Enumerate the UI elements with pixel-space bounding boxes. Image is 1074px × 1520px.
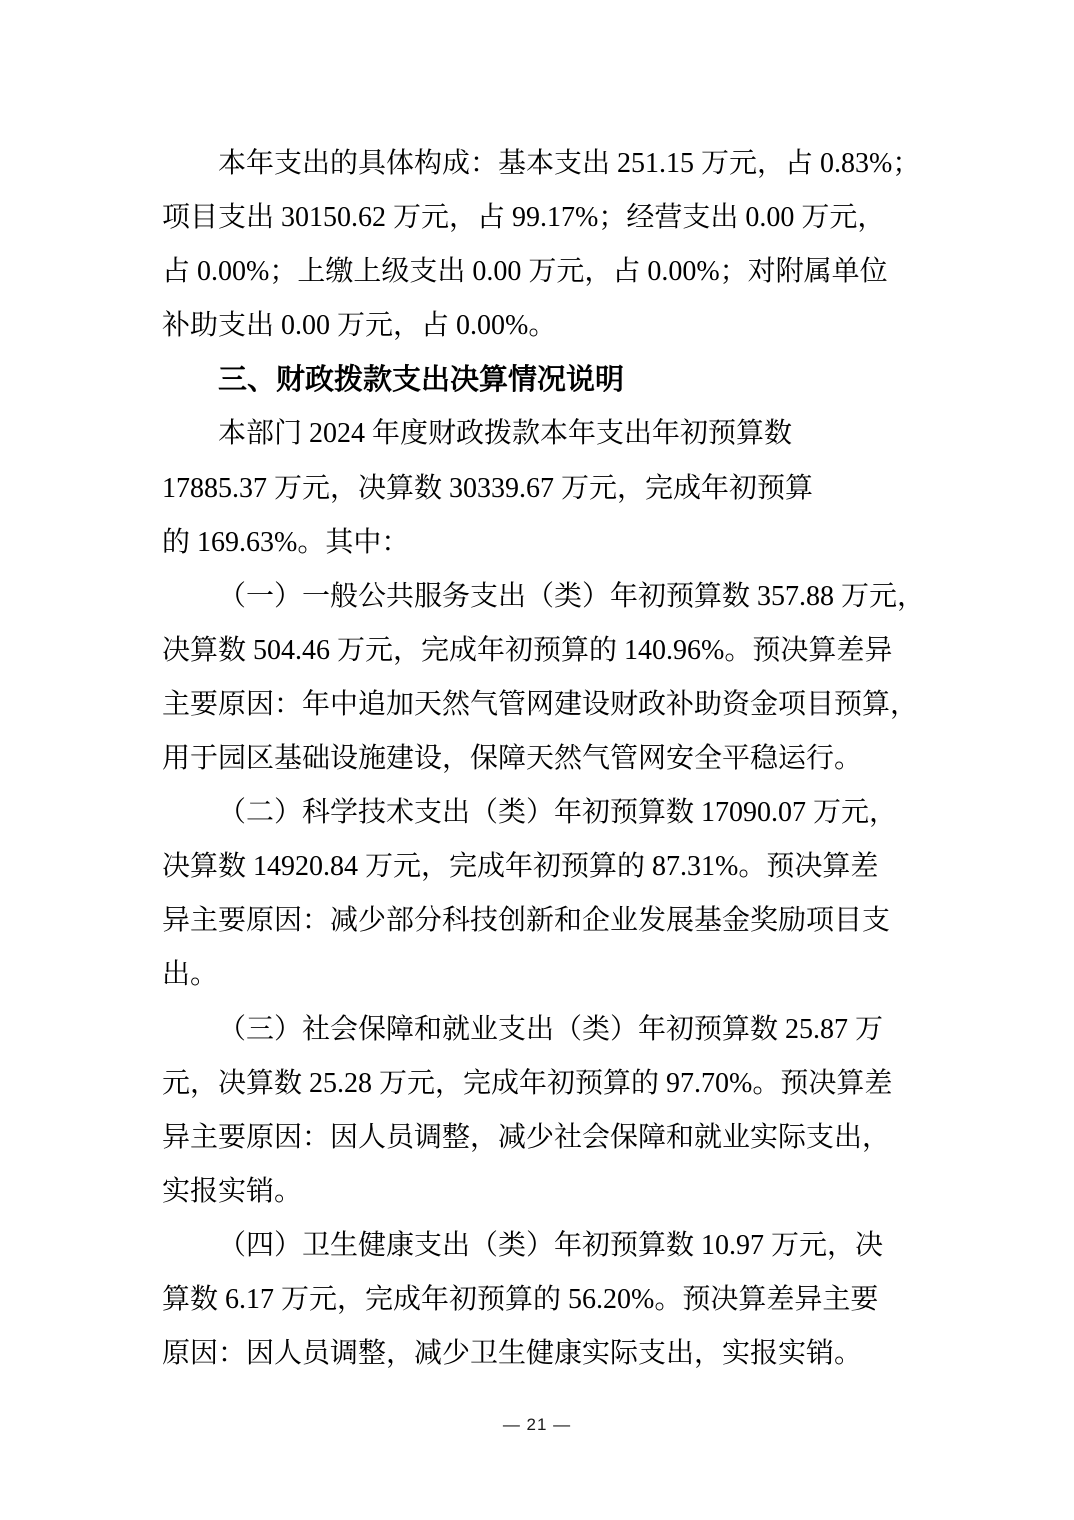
- text-line: 实报实销。: [162, 1165, 914, 1219]
- text-line: 异主要原因：减少部分科技创新和企业发展基金奖励项目支: [162, 894, 914, 948]
- section-heading: 三、财政拨款支出决算情况说明: [162, 353, 914, 407]
- text-line: 出。: [162, 948, 914, 1002]
- text-line: 决算数 14920.84 万元，完成年初预算的 87.31%。预决算差: [162, 840, 914, 894]
- text-line: 异主要原因：因人员调整，减少社会保障和就业实际支出，: [162, 1111, 914, 1165]
- text-line: 主要原因：年中追加天然气管网建设财政补助资金项目预算，: [162, 678, 914, 732]
- text-line: 占 0.00%；上缴上级支出 0.00 万元，占 0.00%；对附属单位: [162, 245, 914, 299]
- body-paragraph: 本年支出的具体构成：基本支出 251.15 万元，占 0.83%；项目支出 30…: [162, 137, 914, 353]
- heading-line: 三、财政拨款支出决算情况说明: [162, 353, 914, 407]
- document-page: 本年支出的具体构成：基本支出 251.15 万元，占 0.83%；项目支出 30…: [0, 0, 1074, 1520]
- body-paragraph: 本部门 2024 年度财政拨款本年支出年初预算数17885.37 万元，决算数 …: [162, 407, 914, 569]
- text-line: （一）一般公共服务支出（类）年初预算数 357.88 万元，: [162, 570, 914, 624]
- page-number: — 21 —: [0, 1410, 1074, 1440]
- text-line: 的 169.63%。其中：: [162, 516, 914, 570]
- text-line: 元，决算数 25.28 万元，完成年初预算的 97.70%。预决算差: [162, 1057, 914, 1111]
- text-line: 17885.37 万元，决算数 30339.67 万元，完成年初预算: [162, 462, 914, 516]
- body-paragraph: （一）一般公共服务支出（类）年初预算数 357.88 万元，决算数 504.46…: [162, 570, 914, 786]
- text-line: 项目支出 30150.62 万元，占 99.17%；经营支出 0.00 万元，: [162, 191, 914, 245]
- text-line: 决算数 504.46 万元，完成年初预算的 140.96%。预决算差异: [162, 624, 914, 678]
- body-paragraph: （三）社会保障和就业支出（类）年初预算数 25.87 万元，决算数 25.28 …: [162, 1003, 914, 1219]
- document-body: 本年支出的具体构成：基本支出 251.15 万元，占 0.83%；项目支出 30…: [162, 137, 914, 1381]
- text-line: （二）科学技术支出（类）年初预算数 17090.07 万元，: [162, 786, 914, 840]
- text-line: 补助支出 0.00 万元，占 0.00%。: [162, 299, 914, 353]
- text-line: 本部门 2024 年度财政拨款本年支出年初预算数: [162, 407, 914, 461]
- text-line: 原因：因人员调整，减少卫生健康实际支出，实报实销。: [162, 1327, 914, 1381]
- text-line: 算数 6.17 万元，完成年初预算的 56.20%。预决算差异主要: [162, 1273, 914, 1327]
- text-line: 本年支出的具体构成：基本支出 251.15 万元，占 0.83%；: [162, 137, 914, 191]
- text-line: （三）社会保障和就业支出（类）年初预算数 25.87 万: [162, 1003, 914, 1057]
- text-line: 用于园区基础设施建设，保障天然气管网安全平稳运行。: [162, 732, 914, 786]
- text-line: （四）卫生健康支出（类）年初预算数 10.97 万元，决: [162, 1219, 914, 1273]
- body-paragraph: （二）科学技术支出（类）年初预算数 17090.07 万元，决算数 14920.…: [162, 786, 914, 1002]
- body-paragraph: （四）卫生健康支出（类）年初预算数 10.97 万元，决算数 6.17 万元，完…: [162, 1219, 914, 1381]
